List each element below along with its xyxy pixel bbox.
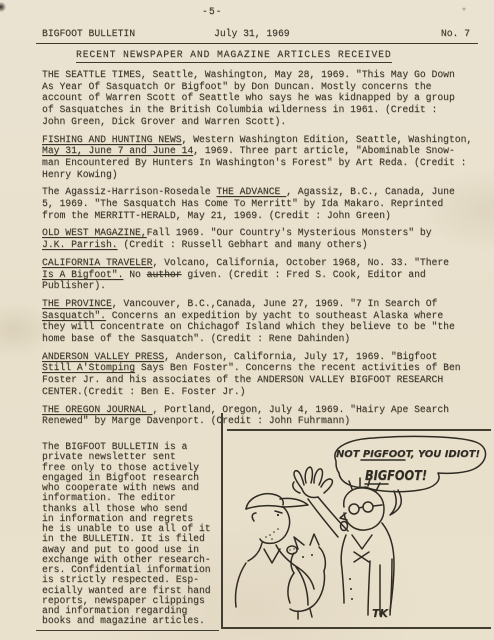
face-profile: [260, 507, 290, 543]
capped-man-figure: [235, 494, 314, 607]
trouser-line: [390, 559, 392, 615]
masthead: BIGFOOT BULLETIN July 31, 1969 No. 7: [36, 28, 478, 44]
speech-bubble: NOT PIGFOOT, YOU IDIOT! BIGFOOT!: [335, 436, 486, 515]
editorial-note: The BIGFOOT BULLETIN is a private newsle…: [42, 442, 211, 627]
underlined-text: FISHING AND HUNTING NEWS: [42, 134, 182, 145]
text-segment: Fall 1969. "Our Country's Mysterious Mon…: [147, 227, 432, 238]
underlined-text: J.K. Parrish.: [42, 239, 118, 250]
finger: [314, 469, 322, 485]
article-list: THE SEATTLE TIMES, Seattle, Washington, …: [42, 69, 482, 433]
finger: [321, 479, 332, 493]
underlined-text: Still A'Stomping: [42, 362, 135, 373]
bulletin-title: BIGFOOT BULLETIN: [42, 28, 135, 40]
bow-tie: [354, 552, 369, 562]
struck-text: author: [147, 269, 182, 280]
palm: [302, 489, 318, 498]
article-entry: THE SEATTLE TIMES, Seattle, Washington, …: [42, 69, 482, 128]
text-segment: The Agassiz-Harrison-Rosedale: [42, 186, 216, 197]
text-segment: , Western Washington Edition, Seattle, W…: [182, 134, 473, 145]
bottom-rule-left: [36, 630, 219, 631]
underlined-text: Is A Bigfoot".: [42, 269, 123, 280]
page-number: -5-: [202, 6, 222, 18]
jacket-collar: [352, 535, 372, 549]
article-entry: OLD WEST MAGAZINE,Fall 1969. "Our Countr…: [42, 227, 482, 250]
article-entry: THE OREGON JOURNAL , Portland, Oregon, J…: [42, 404, 482, 427]
underlined-text: OLD WEST MAGAZINE,: [42, 227, 147, 238]
document-page: -5- BIGFOOT BULLETIN July 31, 1969 No. 7…: [0, 0, 494, 640]
glasses-frame: [359, 505, 382, 508]
eye: [277, 514, 279, 516]
glasses-lens: [363, 502, 373, 512]
finger: [305, 467, 312, 483]
issue-number: No. 7: [441, 28, 470, 40]
underlined-text: THE PROVINCE: [42, 298, 112, 309]
trouser-line: [368, 561, 370, 615]
pig-ear: [310, 534, 319, 545]
shouting-man-figure: [293, 467, 394, 615]
speech-bubble-line2: BIGFOOT!: [365, 469, 427, 484]
pig-figure: [287, 534, 325, 619]
text-segment: THE SEATTLE TIMES, Seattle, Washington, …: [42, 69, 455, 127]
article-entry: ANDERSON VALLEY PRESS, Anderson, Califor…: [42, 351, 482, 398]
jacket-left: [341, 535, 346, 603]
text-segment: , Volcano, California, October 1968, No.…: [152, 257, 449, 268]
cartoon-drawing: NOT PIGFOOT, YOU IDIOT! BIGFOOT!: [224, 431, 492, 627]
cap-brim: [280, 498, 308, 507]
ear: [252, 513, 256, 521]
speech-bubble-line1: NOT PIGFOOT, YOU IDIOT!: [336, 449, 480, 460]
underlined-text: THE ADVANCE: [216, 186, 286, 197]
raised-arm: [308, 499, 338, 537]
underlined-text: THE OREGON JOURNAL: [42, 404, 152, 415]
issue-date: July 31, 1969: [214, 28, 290, 40]
cartoonist-signature: TK: [372, 607, 390, 620]
column-divider-line: [221, 413, 223, 629]
section-heading: RECENT NEWSPAPER AND MAGAZINE ARTICLES R…: [76, 49, 392, 63]
finger: [294, 471, 304, 489]
article-entry: THE PROVINCE, Vancouver, B.C.,Canada, Ju…: [42, 298, 482, 345]
article-entry: CALIFORNIA TRAVELER, Volcano, California…: [42, 257, 482, 292]
underlined-text: CALIFORNIA TRAVELER: [42, 257, 152, 268]
underlined-text: ANDERSON VALLEY PRESS: [42, 351, 164, 362]
text-segment: , Anderson, California, July 17, 1969. "…: [164, 351, 437, 362]
underlined-text: Sasquatch".: [42, 310, 106, 321]
glasses-lens: [349, 504, 359, 514]
text-segment: , Vancouver, B.C.,Canada, June 27, 1969.…: [112, 298, 438, 309]
pig-snout: [287, 546, 297, 554]
collar: [264, 549, 280, 563]
text-segment: (Credit : Russell Gebhart and many other…: [118, 239, 368, 250]
article-entry: FISHING AND HUNTING NEWS, Western Washin…: [42, 134, 482, 181]
underlined-text: May 31, June 7 and June 14: [42, 145, 193, 156]
article-entry: The Agassiz-Harrison-Rosedale THE ADVANC…: [42, 186, 482, 221]
speech-bubble-tail: [390, 490, 401, 515]
text-segment: No: [123, 269, 146, 280]
bottom-rule-right: [222, 627, 491, 629]
